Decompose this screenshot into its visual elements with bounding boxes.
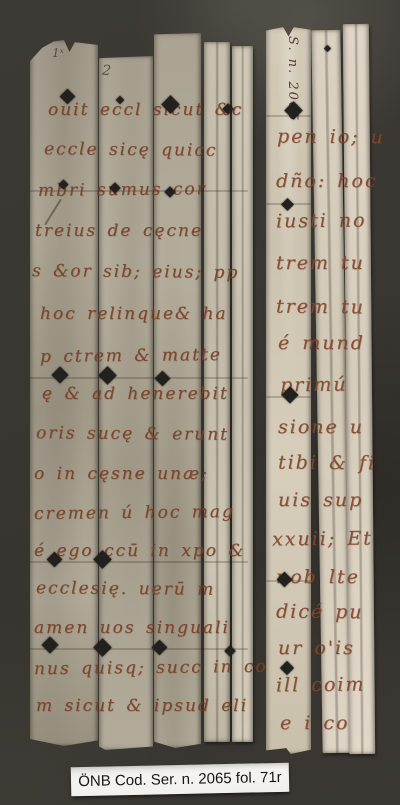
manuscript-text-line: é ego ccū in xpo & bbox=[34, 541, 245, 561]
manuscript-text-line: treius de cęcne bbox=[35, 221, 203, 241]
pencil-mark-2: 2 bbox=[101, 63, 112, 80]
manuscript-text-line: o in cęsne unæ; bbox=[34, 464, 209, 484]
manuscript-photo-mount: ouit eccl sicut &c eccle sicę quicc mbri… bbox=[0, 0, 400, 805]
manuscript-text-line: oris sucę & erunt bbox=[36, 423, 229, 445]
manuscript-text-line: amen uos singuali bbox=[34, 618, 230, 638]
manuscript-text-line: ecclesię. uerū m bbox=[36, 578, 215, 600]
manuscript-text-line: m sicut & ipsud eli bbox=[36, 696, 248, 716]
crease-line bbox=[30, 561, 248, 563]
manuscript-text-line: cremen ú hoc mag bbox=[34, 502, 235, 524]
manuscript-text-line: sione u bbox=[278, 416, 364, 438]
manuscript-text-line: trem tu bbox=[276, 252, 365, 274]
manuscript-text-line: p ctrem & matte bbox=[40, 345, 222, 367]
pencil-mark-1: 1ˣ bbox=[52, 46, 64, 60]
parchment-strip-middle-2 bbox=[232, 46, 253, 742]
manuscript-text-line: ouit eccl sicut &c bbox=[48, 100, 243, 120]
manuscript-text-line: pen io; u bbox=[277, 126, 385, 149]
shelfmark-label: ÖNB Cod. Ser. n. 2065 fol. 71r bbox=[71, 763, 290, 797]
manuscript-text-line: e i co bbox=[280, 712, 349, 734]
manuscript-text-line: tibi & fi bbox=[278, 452, 376, 475]
manuscript-text-line: ur o'is bbox=[278, 637, 355, 659]
manuscript-text-line: xxuii; Et bbox=[272, 527, 373, 550]
manuscript-text-line: s &or sib; eius; pp bbox=[32, 261, 239, 283]
manuscript-text-line: ę & ad henerebit bbox=[42, 384, 229, 404]
manuscript-text-line: dño: hoc bbox=[276, 170, 378, 192]
crease-line bbox=[30, 648, 248, 650]
manuscript-text-line: eccle sicę quicc bbox=[44, 139, 218, 161]
manuscript-text-line: uis sup bbox=[278, 489, 363, 511]
manuscript-text-line: trem tu bbox=[276, 296, 365, 319]
manuscript-text-line: iusti no bbox=[276, 210, 367, 233]
manuscript-text-line: ill coim bbox=[276, 674, 366, 697]
manuscript-text-line: dicé pu bbox=[276, 601, 364, 624]
manuscript-text-line: hoc relinque& ha bbox=[40, 304, 228, 324]
manuscript-text-line: é mund bbox=[278, 332, 365, 354]
manuscript-text-line: nus quisq; succ in co bbox=[34, 657, 268, 679]
